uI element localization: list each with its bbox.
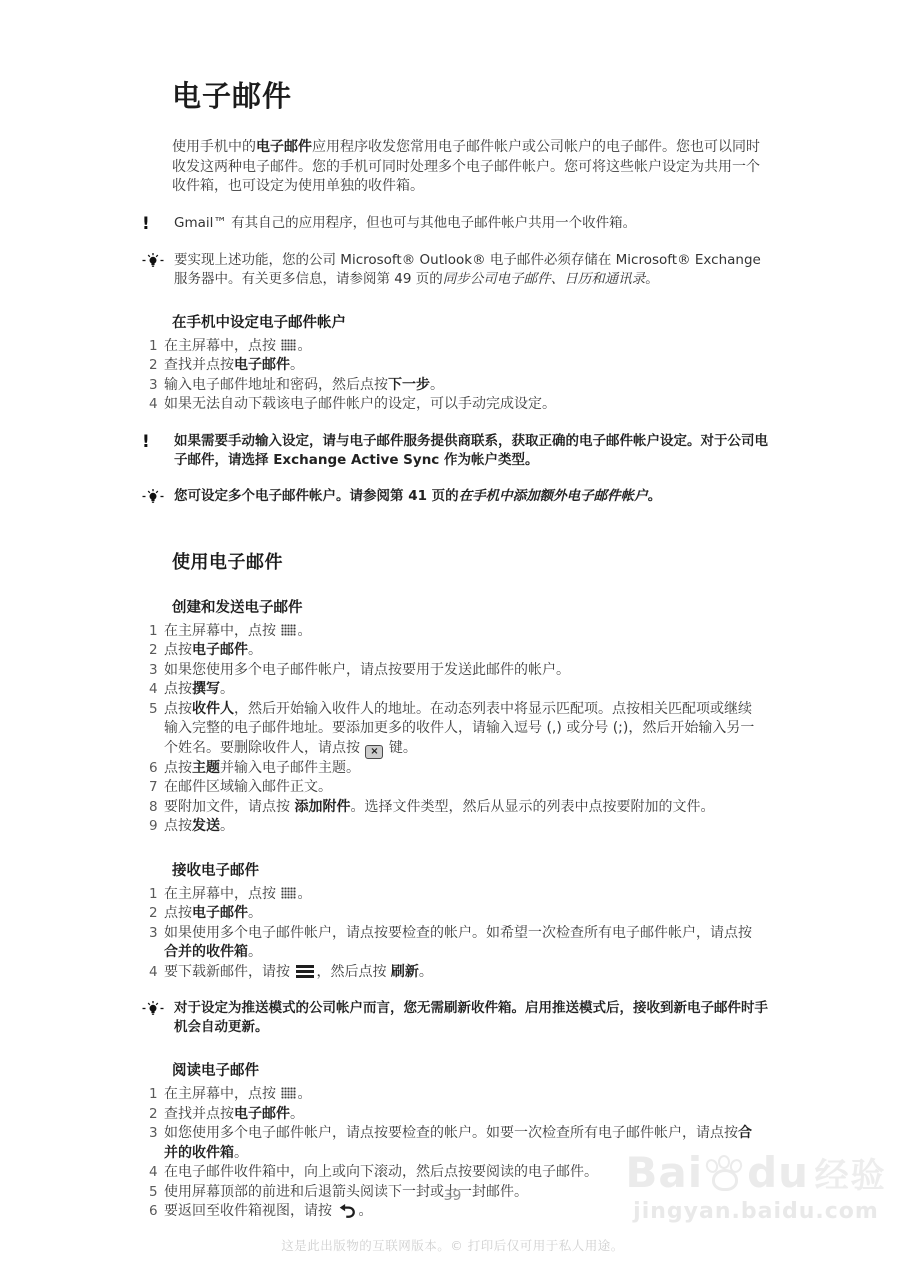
- text-run: 撰写: [192, 681, 220, 697]
- content-blocks: 使用手机中的电子邮件应用程序收发您常用电子邮件帐户或公司帐户的电子邮件。您也可以…: [140, 138, 772, 1222]
- list-item-number: 8: [140, 798, 164, 818]
- note-block: !Gmail™ 有其自己的应用程序，但也可与其他电子邮件帐户共用一个收件箱。: [140, 214, 772, 234]
- list-item: 4如果无法自动下载该电子邮件帐户的设定，可以手动完成设定。: [140, 395, 772, 415]
- subsection-heading: 创建和发送电子邮件: [172, 596, 772, 617]
- watermark-brand-cn: 经验: [815, 1156, 887, 1196]
- lightbulb-icon: [140, 251, 174, 269]
- ordered-list: 1在主屏幕中，点按 。2查找并点按电子邮件。3输入电子邮件地址和密码，然后点按下…: [140, 337, 772, 415]
- list-item: 2点按电子邮件。: [140, 904, 772, 924]
- list-item: 7在邮件区域输入邮件正文。: [140, 778, 772, 798]
- note-block: !如果需要手动输入设定，请与电子邮件服务提供商联系，获取正确的电子邮件帐户设定。…: [140, 432, 772, 470]
- text-run: 如您使用多个电子邮件帐户，请点按要检查的帐户。如要一次检查所有电子邮件帐户，请点…: [164, 1125, 738, 1141]
- note-text: 如果需要手动输入设定，请与电子邮件服务提供商联系，获取正确的电子邮件帐户设定。对…: [174, 432, 772, 470]
- text-run: 在主屏幕中，点按: [164, 1086, 280, 1102]
- text-run: 如果您使用多个电子邮件帐户，请点按要用于发送此邮件的帐户。: [164, 662, 570, 678]
- text-run: 。: [645, 271, 659, 287]
- text-run: 点按: [164, 760, 192, 776]
- watermark-site-url: jingyan.baidu.com: [611, 1199, 901, 1224]
- text-run: 下一步: [388, 377, 430, 393]
- list-item-text: 如果您使用多个电子邮件帐户，请点按要用于发送此邮件的帐户。: [164, 661, 756, 681]
- text-run: 在邮件区域输入邮件正文。: [164, 779, 332, 795]
- app-grid-icon: [281, 339, 296, 351]
- text-run: 电子邮件: [256, 139, 312, 155]
- text-run: 点按: [164, 818, 192, 834]
- list-item: 9点按发送。: [140, 817, 772, 837]
- list-item-number: 4: [140, 680, 164, 700]
- text-run: 要下载新邮件，请按: [164, 964, 294, 980]
- app-grid-icon: [281, 887, 296, 899]
- text-run: 合并的收件箱: [164, 944, 248, 960]
- list-item: 4要下载新邮件，请按 ，然后点按 刷新。: [140, 963, 772, 983]
- text-run: 您可设定多个电子邮件帐户。请参阅第 41 页的: [174, 488, 459, 504]
- list-item-text: 查找并点按电子邮件。: [164, 1105, 756, 1125]
- list-item: 3如果您使用多个电子邮件帐户，请点按要用于发送此邮件的帐户。: [140, 661, 772, 681]
- list-item: 1在主屏幕中，点按 。: [140, 885, 772, 905]
- text-run: 电子邮件: [192, 905, 248, 921]
- paragraph: 使用手机中的电子邮件应用程序收发您常用电子邮件帐户或公司帐户的电子邮件。您也可以…: [172, 138, 766, 197]
- text-run: 。: [297, 886, 311, 902]
- text-run: 点按: [164, 642, 192, 658]
- text-run: 点按: [164, 701, 192, 717]
- text-run: 使用手机中的: [172, 139, 256, 155]
- list-item-number: 3: [140, 1124, 164, 1144]
- text-run: ，然后开始输入收件人的地址。在动态列表中将显示匹配项。点按相关匹配项或继续输入完…: [164, 701, 754, 756]
- text-run: 。: [430, 377, 444, 393]
- list-item: 4点按撰写。: [140, 680, 772, 700]
- text-run: 在手机中添加额外电子邮件帐户: [459, 488, 648, 504]
- watermark-logo: Baidu 经验: [611, 1148, 901, 1197]
- list-item-text: 在主屏幕中，点按 。: [164, 885, 756, 905]
- paw-icon: [705, 1155, 745, 1193]
- app-grid-icon: [281, 1087, 296, 1099]
- text-run: 如果无法自动下载该电子邮件帐户的设定，可以手动完成设定。: [164, 396, 556, 412]
- lightbulb-icon: [140, 999, 174, 1017]
- tip-block: 您可设定多个电子邮件帐户。请参阅第 41 页的在手机中添加额外电子邮件帐户。: [140, 487, 772, 506]
- back-arrow-icon: [338, 1203, 356, 1218]
- text-run: 。: [648, 488, 662, 504]
- list-item: 3输入电子邮件地址和密码，然后点按下一步。: [140, 376, 772, 396]
- text-run: 主题: [192, 760, 220, 776]
- list-item-number: 4: [140, 1163, 164, 1183]
- text-run: 。: [419, 964, 433, 980]
- text-run: 。: [297, 1086, 311, 1102]
- exclamation-icon: !: [140, 432, 174, 452]
- text-run: 如果需要手动输入设定，请与电子邮件服务提供商联系，获取正确的电子邮件帐户设定。对…: [174, 433, 768, 468]
- menu-icon: [296, 965, 314, 978]
- text-run: 查找并点按: [164, 357, 234, 373]
- list-item-number: 4: [140, 395, 164, 415]
- text-run: 键。: [384, 740, 416, 756]
- text-run: 点按: [164, 681, 192, 697]
- note-text: 要实现上述功能，您的公司 Microsoft® Outlook® 电子邮件必须存…: [174, 251, 772, 289]
- list-item-number: 1: [140, 337, 164, 357]
- list-item: 3如果使用多个电子邮件帐户，请点按要检查的帐户。如希望一次检查所有电子邮件帐户，…: [140, 924, 772, 963]
- text-run: 并输入电子邮件主题。: [220, 760, 360, 776]
- list-item: 2查找并点按电子邮件。: [140, 1105, 772, 1125]
- text-run: 电子邮件: [234, 357, 290, 373]
- text-run: 。: [358, 1203, 372, 1219]
- text-run: 在电子邮件收件箱中，向上或向下滚动，然后点按要阅读的电子邮件。: [164, 1164, 598, 1180]
- list-item-number: 6: [140, 1202, 164, 1222]
- text-run: 发送: [192, 818, 220, 834]
- text-run: 。: [220, 818, 234, 834]
- ordered-list: 1在主屏幕中，点按 。2点按电子邮件。3如果使用多个电子邮件帐户，请点按要检查的…: [140, 885, 772, 983]
- list-item-text: 要下载新邮件，请按 ，然后点按 刷新。: [164, 963, 756, 983]
- subsection-heading: 在手机中设定电子邮件帐户: [172, 311, 772, 332]
- list-item-number: 5: [140, 700, 164, 720]
- list-item-text: 点按发送。: [164, 817, 756, 837]
- text-run: 。: [297, 338, 311, 354]
- list-item: 1在主屏幕中，点按 。: [140, 622, 772, 642]
- list-item-number: 2: [140, 641, 164, 661]
- text-run: 刷新: [391, 964, 419, 980]
- list-item: 2查找并点按电子邮件。: [140, 356, 772, 376]
- text-run: ，然后点按: [316, 964, 390, 980]
- text-run: 。: [290, 1106, 304, 1122]
- watermark-brand-text: Bai: [625, 1148, 703, 1197]
- ordered-list: 1在主屏幕中，点按 。2点按电子邮件。3如果您使用多个电子邮件帐户，请点按要用于…: [140, 622, 772, 837]
- text-run: 在主屏幕中，点按: [164, 886, 280, 902]
- text-run: 收件人: [192, 701, 234, 717]
- text-run: 。: [234, 1145, 248, 1161]
- exclamation-icon: !: [140, 214, 174, 234]
- app-grid-icon: [281, 624, 296, 636]
- text-run: 。: [290, 357, 304, 373]
- list-item: 2点按电子邮件。: [140, 641, 772, 661]
- text-run: 如果使用多个电子邮件帐户，请点按要检查的帐户。如希望一次检查所有电子邮件帐户，请…: [164, 925, 752, 941]
- note-text: 您可设定多个电子邮件帐户。请参阅第 41 页的在手机中添加额外电子邮件帐户。: [174, 487, 772, 506]
- footer-copyright: 这是此出版物的互联网版本。© 打印后仅可用于私人用途。: [0, 1236, 905, 1254]
- subsection-heading: 接收电子邮件: [172, 859, 772, 880]
- text-run: 。: [297, 623, 311, 639]
- text-run: 对于设定为推送模式的公司帐户而言，您无需刷新收件箱。启用推送模式后，接收到新电子…: [174, 1000, 768, 1035]
- list-item-number: 6: [140, 759, 164, 779]
- list-item-number: 3: [140, 661, 164, 681]
- text-run: 。选择文件类型，然后从显示的列表中点按要附加的文件。: [350, 799, 714, 815]
- text-run: 在主屏幕中，点按: [164, 338, 280, 354]
- list-item-text: 在主屏幕中，点按 。: [164, 1085, 756, 1105]
- baidu-jingyan-watermark: Baidu 经验 jingyan.baidu.com: [611, 1148, 901, 1224]
- text-run: 。: [248, 642, 262, 658]
- text-run: 在主屏幕中，点按: [164, 623, 280, 639]
- list-item-number: 3: [140, 924, 164, 944]
- text-run: 。: [248, 905, 262, 921]
- watermark-brand-text2: du: [747, 1148, 809, 1197]
- list-item-text: 要附加文件，请点按 添加附件。选择文件类型，然后从显示的列表中点按要附加的文件。: [164, 798, 756, 818]
- lightbulb-icon: [140, 487, 174, 505]
- list-item-text: 点按主题并输入电子邮件主题。: [164, 759, 756, 779]
- list-item-text: 在主屏幕中，点按 。: [164, 622, 756, 642]
- tip-block: 要实现上述功能，您的公司 Microsoft® Outlook® 电子邮件必须存…: [140, 251, 772, 289]
- list-item-number: 2: [140, 1105, 164, 1125]
- list-item-text: 点按电子邮件。: [164, 904, 756, 924]
- list-item: 1在主屏幕中，点按 。: [140, 337, 772, 357]
- document-content: 电子邮件 使用手机中的电子邮件应用程序收发您常用电子邮件帐户或公司帐户的电子邮件…: [140, 0, 772, 1222]
- list-item-number: 2: [140, 904, 164, 924]
- list-item-number: 9: [140, 817, 164, 837]
- list-item-number: 1: [140, 622, 164, 642]
- text-run: Gmail™ 有其自己的应用程序，但也可与其他电子邮件帐户共用一个收件箱。: [174, 215, 636, 231]
- text-run: 查找并点按: [164, 1106, 234, 1122]
- list-item-text: 在邮件区域输入邮件正文。: [164, 778, 756, 798]
- list-item-number: 2: [140, 356, 164, 376]
- list-item-number: 1: [140, 885, 164, 905]
- text-run: 添加附件: [294, 799, 350, 815]
- list-item: 8要附加文件，请点按 添加附件。选择文件类型，然后从显示的列表中点按要附加的文件…: [140, 798, 772, 818]
- text-run: 同步公司电子邮件、日历和通讯录: [443, 271, 646, 287]
- text-run: 点按: [164, 905, 192, 921]
- list-item-text: 查找并点按电子邮件。: [164, 356, 756, 376]
- text-run: 电子邮件: [234, 1106, 290, 1122]
- text-run: 。: [220, 681, 234, 697]
- note-text: Gmail™ 有其自己的应用程序，但也可与其他电子邮件帐户共用一个收件箱。: [174, 214, 772, 233]
- text-run: 。: [248, 944, 262, 960]
- list-item-text: 如果无法自动下载该电子邮件帐户的设定，可以手动完成设定。: [164, 395, 756, 415]
- note-text: 对于设定为推送模式的公司帐户而言，您无需刷新收件箱。启用推送模式后，接收到新电子…: [174, 999, 772, 1037]
- list-item-text: 点按撰写。: [164, 680, 756, 700]
- list-item: 1在主屏幕中，点按 。: [140, 1085, 772, 1105]
- list-item-text: 点按电子邮件。: [164, 641, 756, 661]
- text-run: 要附加文件，请点按: [164, 799, 294, 815]
- list-item-number: 7: [140, 778, 164, 798]
- tip-block: 对于设定为推送模式的公司帐户而言，您无需刷新收件箱。启用推送模式后，接收到新电子…: [140, 999, 772, 1037]
- list-item-number: 4: [140, 963, 164, 983]
- text-run: 输入电子邮件地址和密码，然后点按: [164, 377, 388, 393]
- list-item-text: 输入电子邮件地址和密码，然后点按下一步。: [164, 376, 756, 396]
- text-run: 要返回至收件箱视图，请按: [164, 1203, 336, 1219]
- page-title: 电子邮件: [172, 80, 772, 113]
- list-item-number: 3: [140, 376, 164, 396]
- text-run: 电子邮件: [192, 642, 248, 658]
- list-item-text: 如果使用多个电子邮件帐户，请点按要检查的帐户。如希望一次检查所有电子邮件帐户，请…: [164, 924, 756, 963]
- list-item: 5点按收件人，然后开始输入收件人的地址。在动态列表中将显示匹配项。点按相关匹配项…: [140, 700, 772, 759]
- list-item-number: 1: [140, 1085, 164, 1105]
- list-item-text: 在主屏幕中，点按 。: [164, 337, 756, 357]
- backspace-key-icon: ×: [365, 745, 383, 759]
- subsection-heading: 阅读电子邮件: [172, 1059, 772, 1080]
- list-item-text: 点按收件人，然后开始输入收件人的地址。在动态列表中将显示匹配项。点按相关匹配项或…: [164, 700, 756, 759]
- section-heading: 使用电子邮件: [172, 548, 772, 574]
- list-item: 6点按主题并输入电子邮件主题。: [140, 759, 772, 779]
